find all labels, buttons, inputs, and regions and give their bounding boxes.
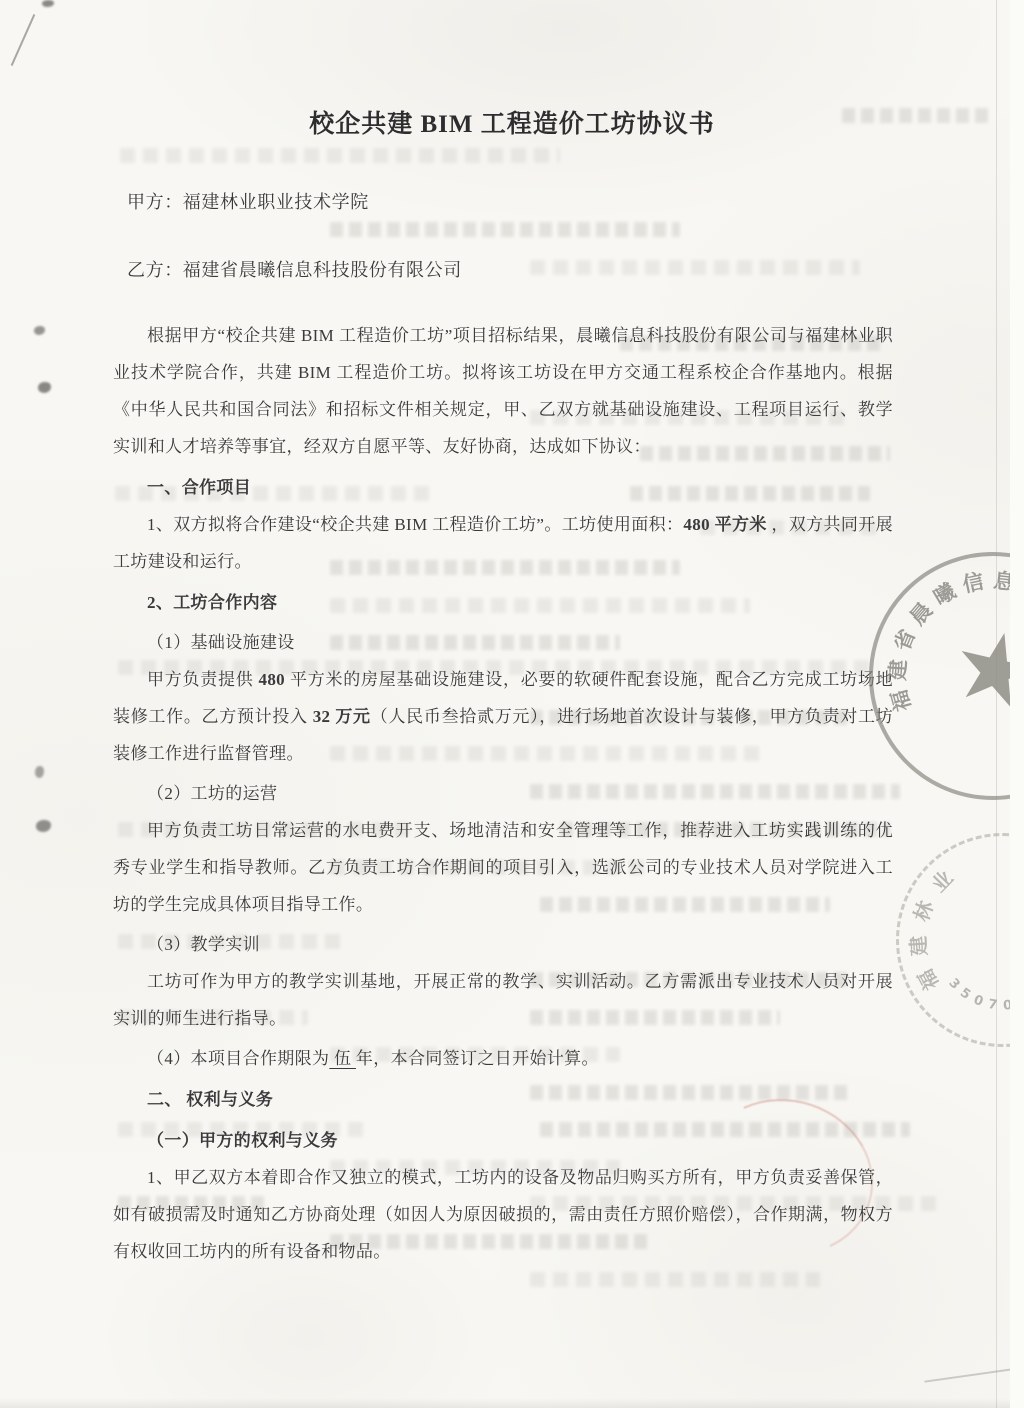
contract-paragraph: 根据甲方“校企共建 BIM 工程造价工坊”项目招标结果，晨曦信息科技股份有限公司… — [113, 317, 893, 465]
seal-character: 5 — [957, 985, 973, 1002]
binding-smudge — [35, 766, 44, 778]
scan-bottom-shadow — [0, 1398, 1024, 1408]
clause-heading: （3）教学实训 — [113, 926, 893, 963]
contract-paragraph: 甲方负责工坊日常运营的水电费开支、场地清洁和安全管理等工作，推荐进入工坊实践训练… — [113, 812, 893, 923]
contract-paragraph: 工坊可作为甲方的教学实训基地，开展正常的教学、实训活动。乙方需派出专业技术人员对… — [113, 963, 893, 1037]
school-seal-stamp: 福建林业3507010 — [896, 833, 1024, 1047]
seal-character: 福 — [910, 965, 945, 996]
seal-character: 3 — [945, 976, 962, 993]
seal-character: 省 — [886, 624, 922, 655]
section-heading: 2、工坊合作内容 — [113, 584, 893, 621]
edge-mark — [42, 0, 54, 7]
section-heading: 二、 权利与义务 — [113, 1081, 893, 1118]
seal-character: 业 — [924, 863, 959, 898]
seal-character: 信 — [960, 565, 987, 599]
contract-body: 根据甲方“校企共建 BIM 工程造价工坊”项目招标结果，晨曦信息科技股份有限公司… — [113, 317, 893, 1270]
seal-character: 曦 — [927, 575, 960, 612]
section-heading: （一）甲方的权利与义务 — [113, 1122, 893, 1159]
seal-character: 0 — [971, 993, 985, 1010]
bleedthrough-line — [330, 222, 680, 237]
section-heading: 一、合作项目 — [113, 469, 893, 506]
clause-heading: （4）本项目合作期限为 伍 年，本合同签订之日开始计算。 — [113, 1040, 893, 1077]
seal-character: 林 — [905, 896, 939, 925]
seal-character: 建 — [882, 659, 913, 682]
document-title: 校企共建 BIM 工程造价工坊协议书 — [0, 104, 1024, 140]
seal-character: 7 — [987, 997, 998, 1013]
clause-heading: （2）工坊的运营 — [113, 775, 893, 812]
contract-paragraph: 甲方负责提供 480 平方米的房屋基础设施建设，必要的软硬件配套设施，配合乙方完… — [113, 661, 893, 772]
seal-character: 福 — [883, 687, 917, 715]
scanned-contract-page: 校企共建 BIM 工程造价工坊协议书 甲方：福建林业职业技术学院 乙方：福建省晨… — [0, 0, 1024, 1408]
scan-edge-strip — [1010, 0, 1024, 1408]
fold-crease-bottom-right — [924, 1367, 1019, 1382]
seal-character: 建 — [902, 935, 932, 957]
contract-paragraph: 1、双方拟将合作建设“校企共建 BIM 工程造价工坊”。工坊使用面积：480 平… — [113, 506, 893, 580]
bleedthrough-line — [120, 148, 560, 163]
binding-smudge — [38, 382, 51, 393]
party-b-line: 乙方：福建省晨曦信息科技股份有限公司 — [127, 256, 462, 282]
binding-smudge — [34, 326, 45, 335]
clause-heading: （1）基础设施建设 — [113, 624, 893, 661]
bleedthrough-line — [530, 260, 860, 275]
bleedthrough-line — [530, 1272, 820, 1287]
binding-smudge — [36, 820, 51, 832]
filled-blank: 伍 — [329, 1049, 356, 1068]
fold-crease-top-left — [11, 14, 36, 66]
seal-character: 晨 — [902, 596, 938, 631]
contract-paragraph: 1、甲乙双方本着即合作又独立的模式，工坊内的设备及物品归购买方所有，甲方负责妥善… — [113, 1159, 893, 1270]
party-a-line: 甲方：福建林业职业技术学院 — [127, 188, 369, 214]
